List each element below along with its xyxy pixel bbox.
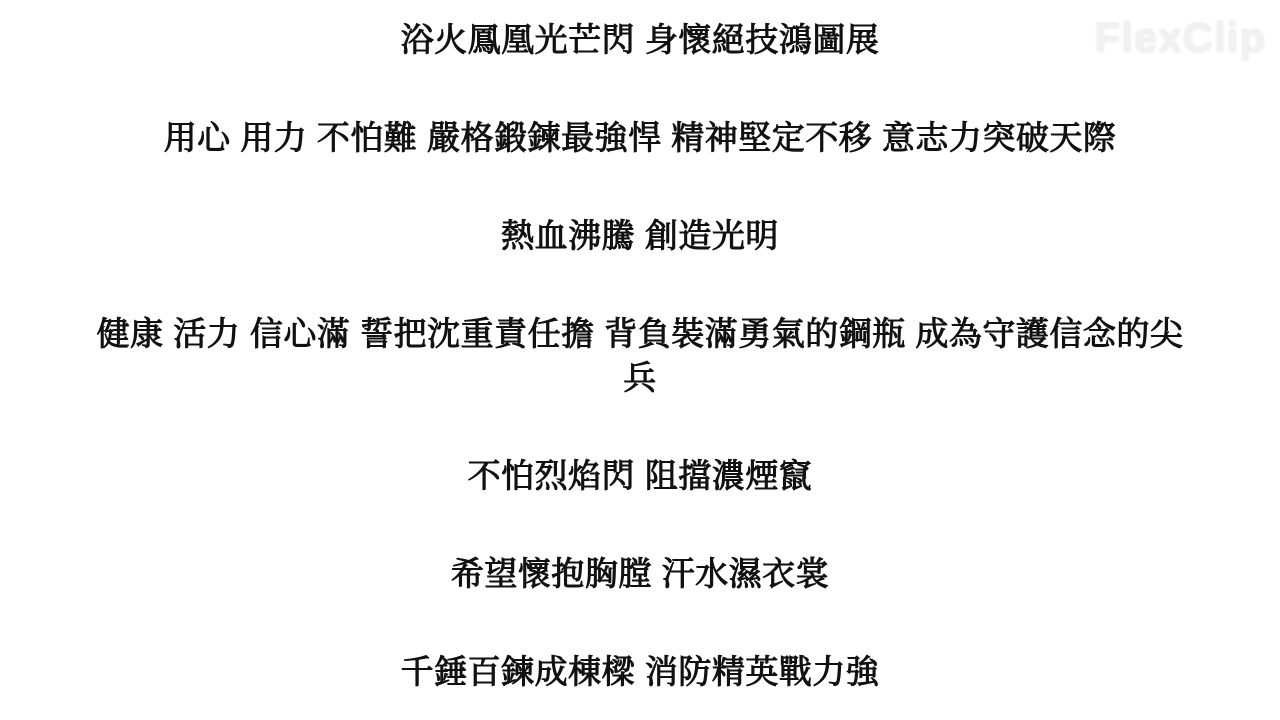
lyric-line-6: 希望懷抱胸膛 汗水濕衣裳 [90, 552, 1190, 596]
lyric-text: 浴火鳳凰光芒閃 身懷絕技鴻圖展 [90, 18, 1190, 62]
lyric-text: 不怕烈焰閃 阻擋濃煙竄 [90, 454, 1190, 498]
lyric-text: 用心 用力 不怕難 嚴格鍛鍊最強悍 精神堅定不移 意志力突破天際 [90, 116, 1190, 160]
lyric-text: 熱血沸騰 創造光明 [90, 214, 1190, 258]
video-frame: FlexClip 浴火鳳凰光芒閃 身懷絕技鴻圖展 用心 用力 不怕難 嚴格鍛鍊最… [0, 0, 1280, 720]
flexclip-watermark: FlexClip [1095, 16, 1266, 58]
lyric-text: 兵 [90, 356, 1190, 400]
lyric-text: 希望懷抱胸膛 汗水濕衣裳 [90, 552, 1190, 596]
lyric-line-7: 千錘百鍊成棟樑 消防精英戰力強 [90, 650, 1190, 694]
lyric-line-5: 不怕烈焰閃 阻擋濃煙竄 [90, 454, 1190, 498]
lyric-line-2: 用心 用力 不怕難 嚴格鍛鍊最強悍 精神堅定不移 意志力突破天際 [90, 116, 1190, 160]
lyric-line-1: 浴火鳳凰光芒閃 身懷絕技鴻圖展 [90, 18, 1190, 62]
lyric-line-3: 熱血沸騰 創造光明 [90, 214, 1190, 258]
lyrics-block: 浴火鳳凰光芒閃 身懷絕技鴻圖展 用心 用力 不怕難 嚴格鍛鍊最強悍 精神堅定不移… [0, 0, 1280, 694]
lyric-line-4: 健康 活力 信心滿 誓把沈重責任擔 背負裝滿勇氣的鋼瓶 成為守護信念的尖 兵 [90, 312, 1190, 400]
lyric-text: 千錘百鍊成棟樑 消防精英戰力強 [90, 650, 1190, 694]
lyric-text: 健康 活力 信心滿 誓把沈重責任擔 背負裝滿勇氣的鋼瓶 成為守護信念的尖 [90, 312, 1190, 356]
